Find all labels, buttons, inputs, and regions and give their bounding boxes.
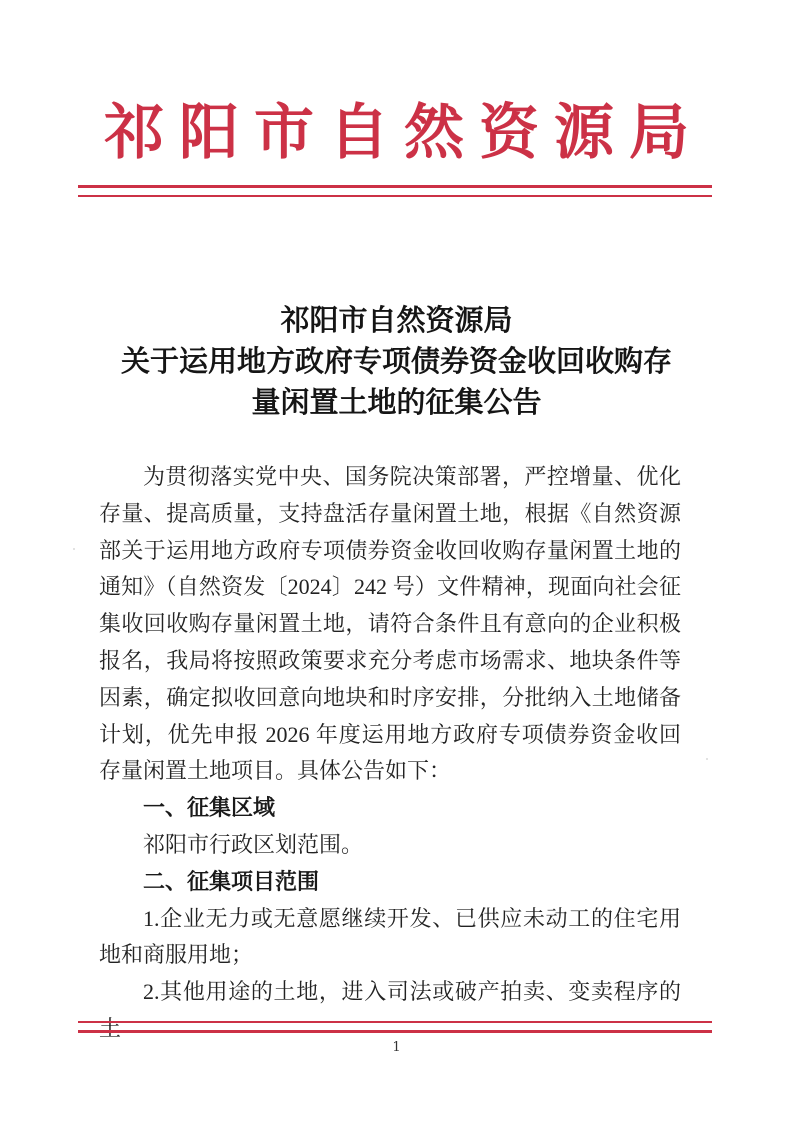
letterhead-agency-name: 祁阳市自然资源局 <box>0 94 793 172</box>
section-1-heading: 一、征集区域 <box>99 790 681 827</box>
section-2-heading: 二、征集项目范围 <box>99 864 681 901</box>
intro-paragraph: 为贯彻落实党中央、国务院决策部署，严控增量、优化存量、提高质量，支持盘活存量闲置… <box>99 459 681 790</box>
scan-speck <box>706 758 708 760</box>
footer-rule-bottom <box>78 1030 712 1033</box>
document-title: 祁阳市自然资源局 关于运用地方政府专项债券资金收回收购存 量闲置土地的征集公告 <box>0 301 793 424</box>
document-title-line-1: 祁阳市自然资源局 <box>0 301 793 342</box>
document-body: 为贯彻落实党中央、国务院决策部署，严控增量、优化存量、提高质量，支持盘活存量闲置… <box>99 459 681 1048</box>
document-page: 祁阳市自然资源局 祁阳市自然资源局 关于运用地方政府专项债券资金收回收购存 量闲… <box>0 0 793 1122</box>
section-1-paragraph-1: 祁阳市行政区划范围。 <box>99 827 681 864</box>
section-2-paragraph-2: 2.其他用途的土地，进入司法或破产拍卖、变卖程序的土 <box>99 974 681 1048</box>
scan-speck <box>73 548 75 550</box>
section-2-paragraph-1: 1.企业无力或无意愿继续开发、已供应未动工的住宅用地和商服用地； <box>99 901 681 975</box>
document-title-line-2: 关于运用地方政府专项债券资金收回收购存 <box>0 342 793 383</box>
document-title-line-3: 量闲置土地的征集公告 <box>0 383 793 424</box>
letterhead-rule-bottom <box>78 195 712 197</box>
letterhead-rule-top <box>78 185 712 188</box>
page-number: 1 <box>0 1040 793 1055</box>
footer-rule-top <box>78 1021 712 1023</box>
